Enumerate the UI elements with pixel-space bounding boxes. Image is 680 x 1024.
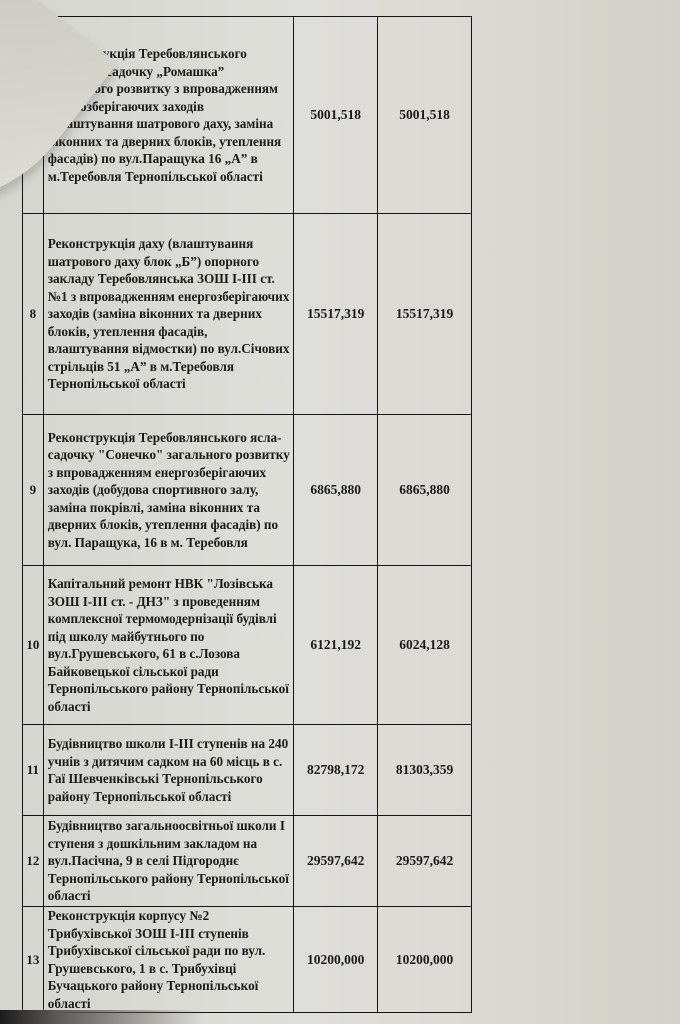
row-number: 11: [23, 725, 44, 816]
planned-amount: 82798,172: [294, 725, 378, 816]
project-description: Реконструкція даху (влаштування шатровог…: [43, 214, 293, 415]
planned-amount: 15517,319: [294, 214, 378, 415]
table-row: 12 Будівництво загальноосвітньої школи І…: [23, 816, 472, 907]
photo-edge-shadow: [0, 1010, 680, 1024]
project-description: Реконструкція корпусу №2 Трибухівської З…: [43, 907, 293, 1013]
table-row: 8 Реконструкція даху (влаштування шатров…: [23, 214, 472, 415]
table-row: 11 Будівництво школи І-ІІІ ступенів на 2…: [23, 725, 472, 816]
project-description: Реконструкція Теребовлянського ясла-садо…: [43, 415, 293, 566]
planned-amount: 6865,880: [294, 415, 378, 566]
approved-amount: 6024,128: [378, 566, 472, 725]
document-page: 7 Реконструкція Теребовлянського дитячог…: [0, 0, 680, 1024]
approved-amount: 5001,518: [378, 17, 472, 214]
row-number: 12: [23, 816, 44, 907]
project-description: Будівництво загальноосвітньої школи І ст…: [43, 816, 293, 907]
row-number: 13: [23, 907, 44, 1013]
table-row: 13 Реконструкція корпусу №2 Трибухівсько…: [23, 907, 472, 1013]
planned-amount: 10200,000: [294, 907, 378, 1013]
approved-amount: 29597,642: [378, 816, 472, 907]
approved-amount: 10200,000: [378, 907, 472, 1013]
approved-amount: 6865,880: [378, 415, 472, 566]
planned-amount: 29597,642: [294, 816, 378, 907]
row-number: 9: [23, 415, 44, 566]
planned-amount: 5001,518: [294, 17, 378, 214]
approved-amount: 81303,359: [378, 725, 472, 816]
planned-amount: 6121,192: [294, 566, 378, 725]
row-number: 8: [23, 214, 44, 415]
projects-table: 7 Реконструкція Теребовлянського дитячог…: [22, 16, 472, 1013]
table-row: 10 Капітальний ремонт НВК "Лозівська ЗОШ…: [23, 566, 472, 725]
approved-amount: 15517,319: [378, 214, 472, 415]
project-description: Будівництво школи І-ІІІ ступенів на 240 …: [43, 725, 293, 816]
table-row: 9 Реконструкція Теребовлянського ясла-са…: [23, 415, 472, 566]
row-number: 10: [23, 566, 44, 725]
project-description: Капітальний ремонт НВК "Лозівська ЗОШ І-…: [43, 566, 293, 725]
